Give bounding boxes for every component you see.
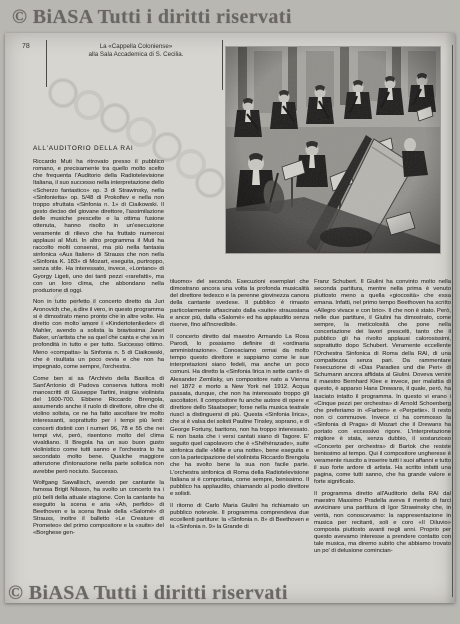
copyright-watermark-top: © BiASA Tutti i diritti riservati: [12, 6, 292, 29]
page-number: 78: [22, 43, 30, 50]
paragraph: Franz Schubert. Il Giulini ha convinto m…: [314, 279, 451, 487]
paragraph: Il ritorno di Carlo Maria Giulini ha ric…: [170, 503, 309, 532]
page-right-rule: [452, 45, 453, 597]
article-column-2: tiluomo» del secondo. Esecuzioni esempla…: [170, 279, 309, 601]
copyright-watermark-bottom: © BiASA Tutti i diritti riservati: [8, 582, 288, 605]
scanned-magazine-page: 78 La «Cappella Coloniense» alla Sala Ac…: [5, 33, 455, 603]
paragraph: Il programma diretto all'Auditorio della…: [314, 491, 451, 555]
paragraph: tiluomo» del secondo. Esecuzioni esempla…: [170, 279, 309, 329]
photo-caption-line1: La «Cappella Coloniense»: [53, 43, 219, 51]
photo-caption-line2: alla Sala Accademica di S. Cecilia.: [53, 51, 219, 59]
header-divider-right: [222, 40, 223, 90]
paragraph: Come ben si sa l'Archivio della Basilica…: [33, 376, 164, 476]
article-column-1: ALL'AUDITORIO DELLA RAI Riccardo Muti ha…: [33, 145, 164, 602]
paragraph: Riccardo Muti ha ritrovato presso il pub…: [33, 159, 164, 295]
orchestra-photo: [226, 47, 440, 253]
article-column-3: Franz Schubert. Il Giulini ha convinto m…: [314, 279, 451, 603]
photo-caption: La «Cappella Coloniense» alla Sala Accad…: [53, 43, 219, 59]
header-divider-left: [46, 40, 47, 87]
section-heading: ALL'AUDITORIO DELLA RAI: [33, 145, 164, 152]
paragraph: Non in tutto perfetto il concerto dirett…: [33, 299, 164, 371]
paragraph: Il concerto diretto dal maestro Armando …: [170, 334, 309, 499]
paragraph: Wolfgang Sawallisch, avendo per cantante…: [33, 480, 164, 537]
